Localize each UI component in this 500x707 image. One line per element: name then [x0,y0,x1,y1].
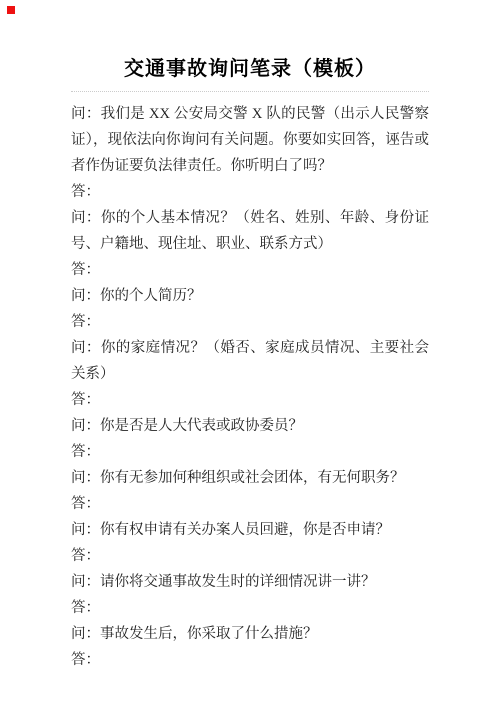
question-paragraph: 问：你的个人简历？ [71,283,429,309]
answer-paragraph: 答： [71,647,429,673]
answer-paragraph: 答： [71,257,429,283]
question-paragraph: 问：我们是 XX 公安局交警 X 队的民警（出示人民警察证），现依法向你询问有关… [71,101,429,179]
question-paragraph: 问：事故发生后，你采取了什么措施？ [71,621,429,647]
answer-paragraph: 答： [71,387,429,413]
answer-paragraph: 答： [71,309,429,335]
question-paragraph: 问：你有权申请有关办案人员回避，你是否申请？ [71,517,429,543]
red-corner-mark [7,6,15,14]
answer-paragraph: 答： [71,595,429,621]
document-page: 交通事故询问笔录（模板） 问：我们是 XX 公安局交警 X 队的民警（出示人民警… [0,0,500,707]
question-paragraph: 问：你的家庭情况？（婚否、家庭成员情况、主要社会关系） [71,335,429,387]
question-paragraph: 问：你的个人基本情况？（姓名、姓别、年龄、身份证号、户籍地、现住址、职业、联系方… [71,205,429,257]
qa-list: 问：我们是 XX 公安局交警 X 队的民警（出示人民警察证），现依法向你询问有关… [71,92,429,673]
answer-paragraph: 答： [71,543,429,569]
answer-paragraph: 答： [71,491,429,517]
question-paragraph: 问：你有无参加何种组织或社会团体，有无何职务？ [71,465,429,491]
answer-paragraph: 答： [71,179,429,205]
page-title: 交通事故询问笔录（模板） [0,0,500,83]
question-paragraph: 问：你是否是人大代表或政协委员？ [71,413,429,439]
question-paragraph: 问：请你将交通事故发生时的详细情况讲一讲？ [71,569,429,595]
answer-paragraph: 答： [71,439,429,465]
